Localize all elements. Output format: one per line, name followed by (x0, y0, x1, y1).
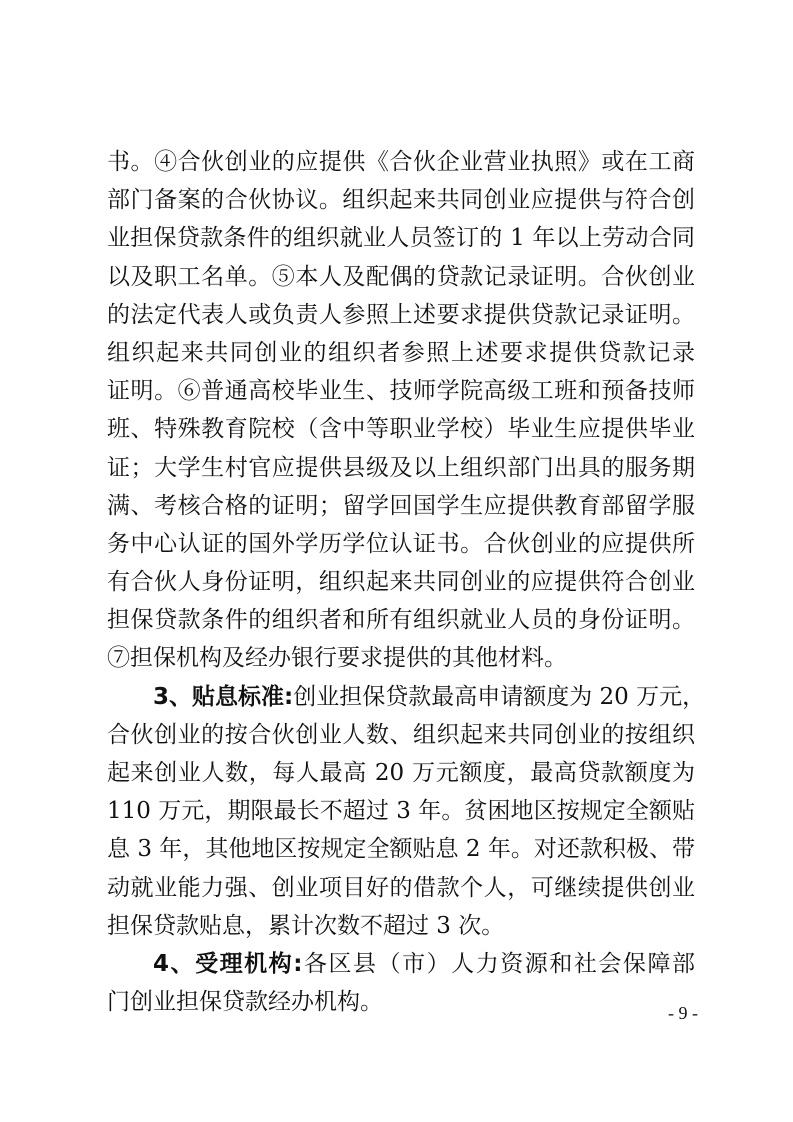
text-line: 部门备案的合伙协议。组织起来共同创业应提供与符合创 (107, 181, 695, 219)
text-line: 业担保贷款条件的组织就业人员签订的 1 年以上劳动合同 (107, 219, 695, 257)
text-line: 证；大学生村官应提供县级及以上组织部门出具的服务期 (107, 449, 695, 487)
text-line: 息 3 年，其他地区按规定全额贴息 2 年。对还款积极、带 (107, 830, 695, 868)
section-4-heading: 4、受理机构: (153, 951, 302, 977)
text-line: 担保贷款条件的组织者和所有组织就业人员的身份证明。 (107, 601, 695, 639)
text-line: 门创业担保贷款经办机构。 (107, 983, 695, 1021)
text-line: 动就业能力强、创业项目好的借款个人，可继续提供创业 (107, 869, 695, 907)
text-line: 以及职工名单。⑤本人及配偶的贷款记录证明。合伙创业 (107, 258, 695, 296)
text-line: 有合伙人身份证明，组织起来共同创业的应提供符合创业 (107, 563, 695, 601)
section-3-heading: 3、贴息标准: (153, 684, 293, 710)
text-line: 班、特殊教育院校（含中等职业学校）毕业生应提供毕业 (107, 410, 695, 448)
text-line: 书。④合伙创业的应提供《合伙企业营业执照》或在工商 (107, 143, 695, 181)
text-line: 合伙创业的按合伙创业人数、组织起来共同创业的按组织 (107, 716, 695, 754)
text-line: 务中心认证的国外学历学位认证书。合伙创业的应提供所 (107, 525, 695, 563)
text-line: ⑦担保机构及经办银行要求提供的其他材料。 (107, 639, 695, 677)
text-line: 的法定代表人或负责人参照上述要求提供贷款记录证明。 (107, 296, 695, 334)
text-line: 组织起来共同创业的组织者参照上述要求提供贷款记录 (107, 334, 695, 372)
section-3-text: 创业担保贷款最高申请额度为 20 万元， (293, 684, 705, 710)
text-line: 起来创业人数，每人最高 20 万元额度，最高贷款额度为 (107, 754, 695, 792)
text-line: 满、考核合格的证明；留学回国学生应提供教育部留学服 (107, 487, 695, 525)
text-line: 担保贷款贴息，累计次数不超过 3 次。 (107, 907, 695, 945)
section-4-first-line: 4、受理机构:各区县（市）人力资源和社会保障部 (107, 945, 695, 983)
body-text: 书。④合伙创业的应提供《合伙企业营业执照》或在工商 部门备案的合伙协议。组织起来… (107, 143, 695, 1021)
page-number: - 9 - (668, 1003, 698, 1024)
section-4-text: 各区县（市）人力资源和社会保障部 (302, 951, 695, 977)
text-line: 证明。⑥普通高校毕业生、技师学院高级工班和预备技师 (107, 372, 695, 410)
text-line: 110 万元，期限最长不超过 3 年。贫困地区按规定全额贴 (107, 792, 695, 830)
document-page: 书。④合伙创业的应提供《合伙企业营业执照》或在工商 部门备案的合伙协议。组织起来… (0, 0, 793, 1122)
section-3-first-line: 3、贴息标准:创业担保贷款最高申请额度为 20 万元， (107, 678, 695, 716)
